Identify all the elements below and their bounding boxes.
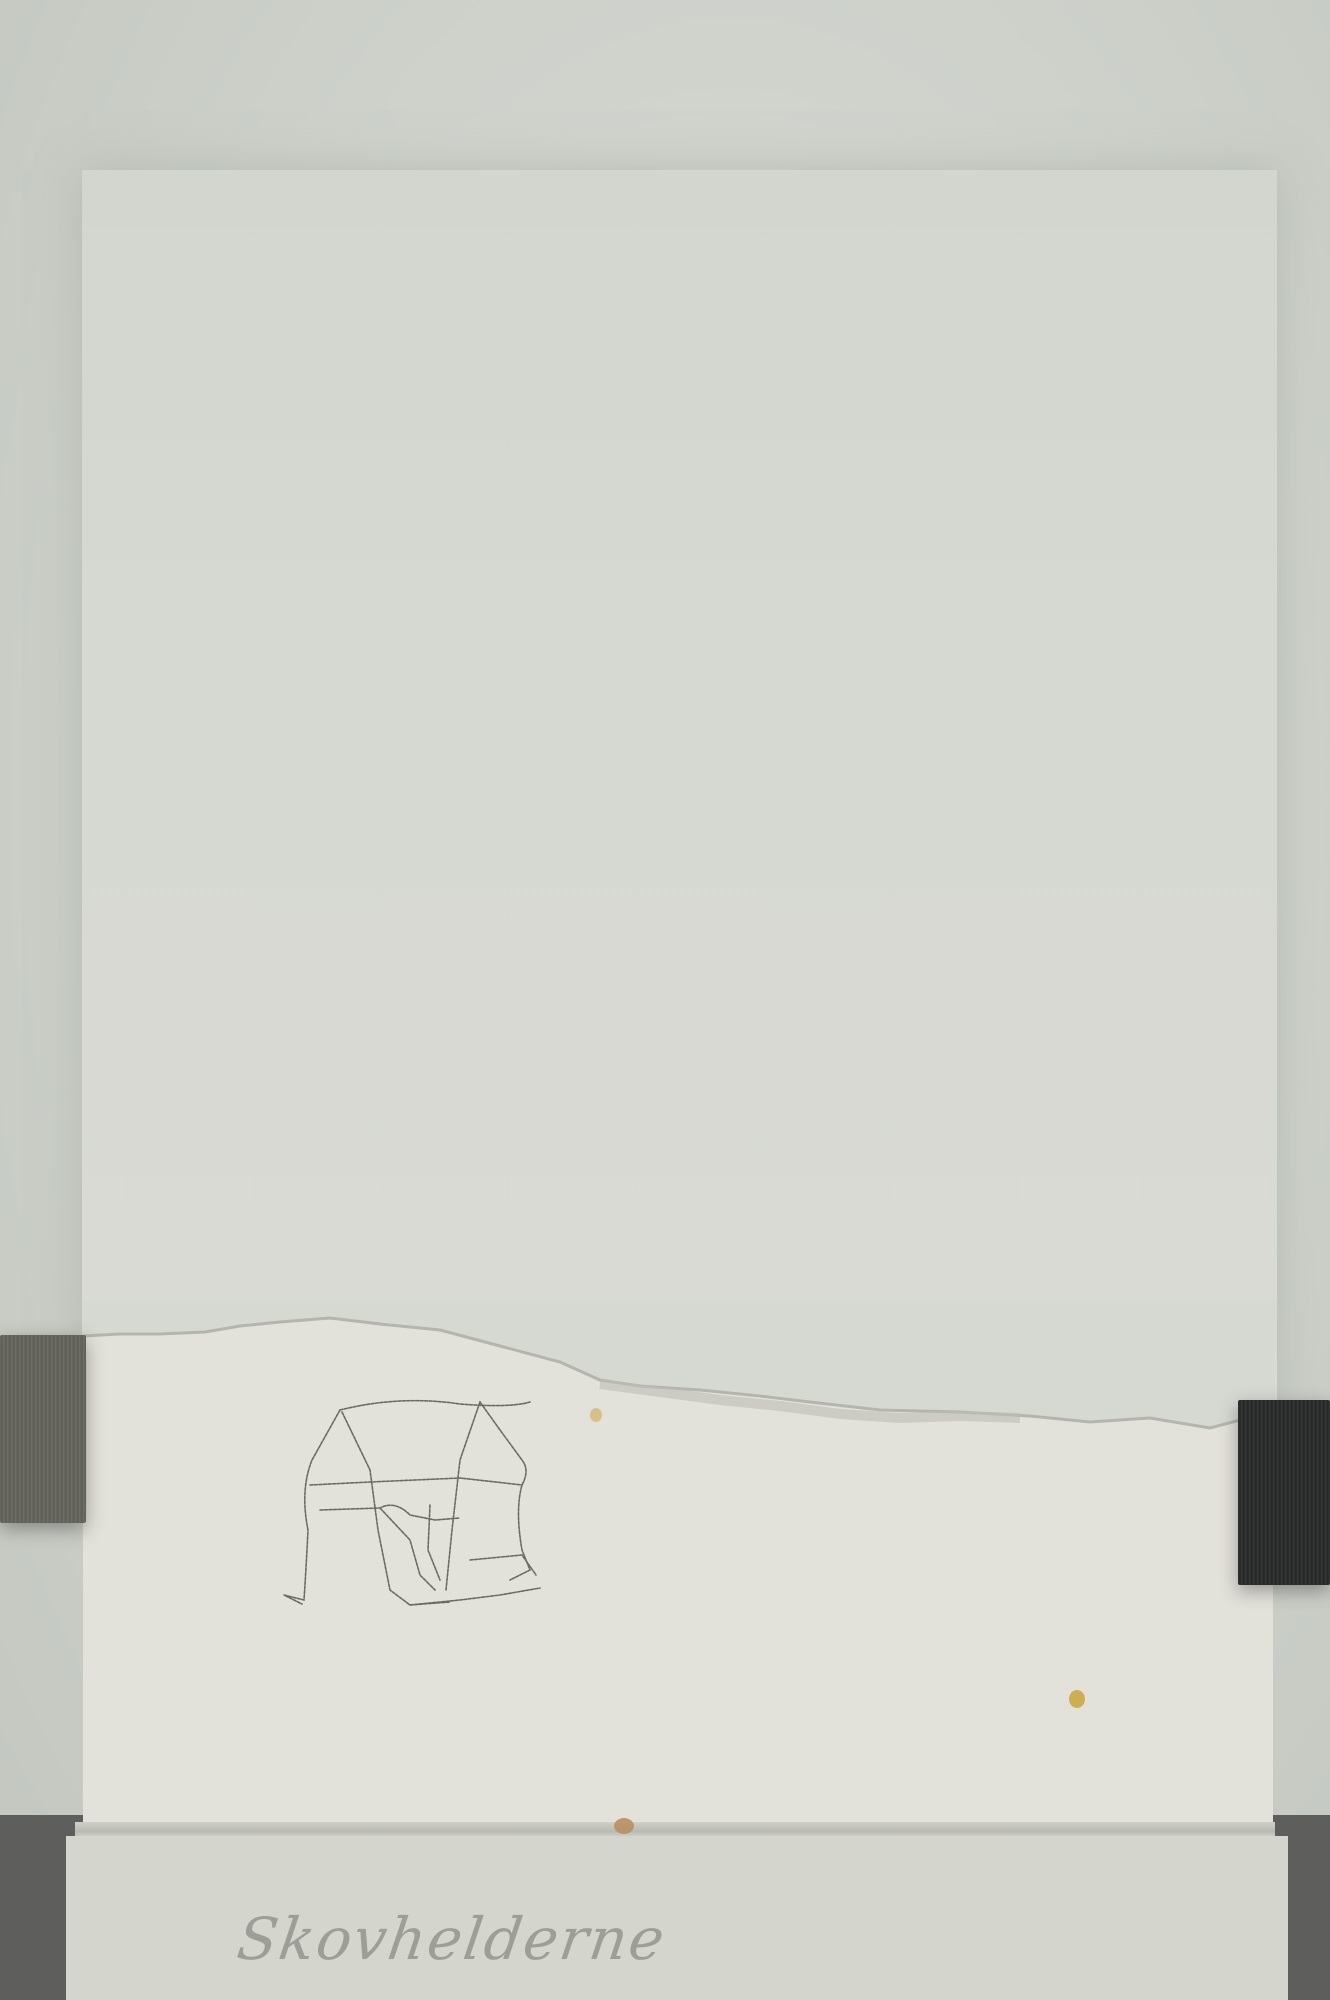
left-metal-weight xyxy=(0,1335,86,1523)
tissue-interleaf xyxy=(82,170,1277,1420)
house-sketch xyxy=(260,1390,620,1640)
right-metal-weight xyxy=(1238,1400,1330,1585)
foxing-stain xyxy=(1069,1690,1085,1708)
handwritten-caption: Skovhelderne xyxy=(233,1905,670,1973)
foxing-stain xyxy=(614,1818,634,1834)
torn-tissue-edge xyxy=(0,1300,1330,1480)
foxing-stain xyxy=(590,1408,602,1422)
